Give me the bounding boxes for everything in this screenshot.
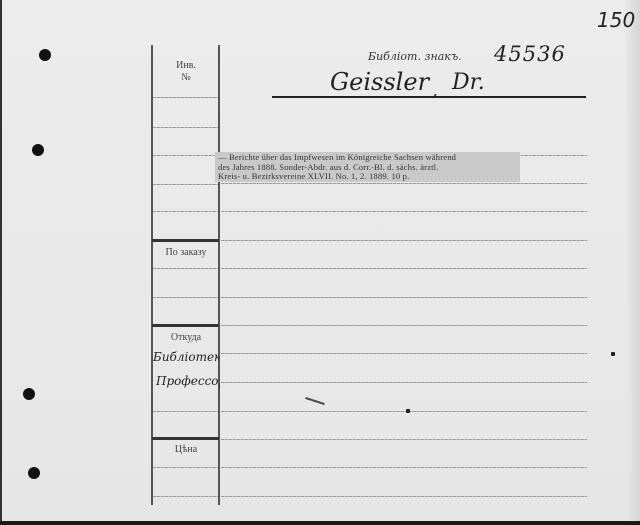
source-handwritten-line1: Библіотека <box>153 350 219 364</box>
ruled-line <box>153 97 218 98</box>
ruled-line <box>221 467 587 468</box>
section-divider <box>152 239 219 242</box>
ruled-line <box>221 439 587 440</box>
ruled-line <box>221 353 587 354</box>
punch-hole <box>23 388 35 400</box>
card-left-edge <box>0 0 2 525</box>
ruled-line <box>153 184 218 185</box>
catalog-card: 150 Библіот. знакъ. 45536 Geissler , Dr.… <box>0 0 640 522</box>
page-number: 150 <box>597 8 635 32</box>
card-right-edge <box>626 0 640 525</box>
entry-line: des Jahres 1888. Sonder-Abdr. aus d. Cor… <box>218 163 517 173</box>
entry-line: Kreis- u. Bezirksvereine XLVII. No. 1, 2… <box>218 172 517 182</box>
stray-pen-mark <box>305 397 325 405</box>
stray-ink-dot <box>406 409 410 413</box>
ruled-line <box>153 411 218 412</box>
ruled-line <box>153 211 218 212</box>
ruled-line <box>221 240 587 241</box>
ruled-line <box>153 127 218 128</box>
section-divider <box>152 437 219 440</box>
ruled-line <box>221 496 587 497</box>
punch-hole <box>39 49 51 61</box>
entry-line: — Berichte über das Impfwesen im Königre… <box>218 153 517 163</box>
section-divider <box>152 324 219 327</box>
inventory-header-line1: Инв. <box>153 60 219 71</box>
ruled-line <box>221 268 587 269</box>
price-header: Цѣна <box>153 444 219 455</box>
library-mark-label: Библіот. знакъ. <box>368 50 462 63</box>
ruled-line <box>153 155 218 156</box>
ruled-line <box>153 268 218 269</box>
author-surname: Geissler <box>330 68 429 96</box>
punch-hole <box>32 144 44 156</box>
ruled-line <box>221 382 587 383</box>
pasted-clipping: — Berichte über das Impfwesen im Königre… <box>215 152 520 182</box>
source-header: Откуда <box>153 332 219 343</box>
ruled-line <box>221 183 587 184</box>
ruled-line <box>221 297 587 298</box>
library-mark-value: 45536 <box>494 42 566 66</box>
ruled-line <box>221 411 587 412</box>
source-handwritten-line2: Профессора <box>156 374 220 388</box>
ruled-line <box>153 496 218 497</box>
ruled-line <box>221 325 587 326</box>
inventory-header-line2: № <box>153 72 219 83</box>
card-bottom-edge <box>0 521 640 525</box>
ruled-line <box>153 467 218 468</box>
ruled-line <box>221 211 587 212</box>
left-column-border <box>151 45 153 505</box>
author-title: Dr. <box>452 70 485 95</box>
left-column-divider <box>218 45 220 505</box>
stray-ink-dot <box>611 352 615 356</box>
author-underline <box>272 96 586 98</box>
order-header: По заказу <box>153 247 219 258</box>
ruled-line <box>153 297 218 298</box>
punch-hole <box>28 467 40 479</box>
